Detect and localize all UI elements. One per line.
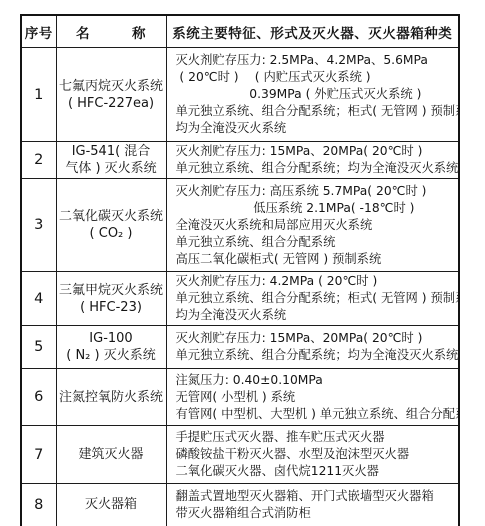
system-name-line: 建筑灭火器 [59,446,164,463]
system-detail-line: 高压二氧化碳柜式( 无管网 ) 预制系统 [176,251,457,268]
system-name-cell: 七氟丙烷灭火系统( HFC-227ea) [56,48,166,142]
system-name-line: IG-100 [59,330,164,347]
system-name-line: IG-541( 混合 [59,143,164,160]
system-name-cell: 二氧化碳灭火系统( CO₂ ) [56,179,166,272]
system-detail-line: 手提贮压式灭火器、推车贮压式灭火器 [176,429,457,446]
system-detail-line: 有管网( 中型机、大型机 ) 单元独立系统、组合分配系统 [176,406,457,423]
system-detail-line: 翻盖式置地型灭火器箱、开门式嵌墙型灭火器箱 [176,488,457,505]
table-body: 1七氟丙烷灭火系统( HFC-227ea)灭火剂贮存压力: 2.5MPa、4.2… [21,48,459,526]
system-detail-line: 无管网( 小型机 ) 系统 [176,389,457,406]
system-detail-cell: 灭火剂贮存压力: 2.5MPa、4.2MPa、5.6MPa ( 20℃时 ) (… [166,48,459,142]
header-system-features: 系统主要特征、形式及灭火器、灭火器箱种类 [166,15,459,48]
system-detail-line: 磷酸铵盐干粉灭火器、水型及泡沫型灭火器 [176,446,457,463]
row-serial-number: 4 [21,272,56,326]
system-name-cell: 建筑灭火器 [56,426,166,484]
system-name-cell: 三氟甲烷灭火系统( HFC-23) [56,272,166,326]
fire-system-legend-table: 序号 名 称 系统主要特征、形式及灭火器、灭火器箱种类 1七氟丙烷灭火系统( H… [20,14,460,526]
system-detail-line: 灭火剂贮存压力: 高压系统 5.7MPa( 20℃时 ) [176,183,457,200]
table-row: 4三氟甲烷灭火系统( HFC-23)灭火剂贮存压力: 4.2MPa ( 20℃时… [21,272,459,326]
system-detail-cell: 灭火剂贮存压力: 4.2MPa ( 20℃时 )单元独立系统、组合分配系统；柜式… [166,272,459,326]
system-detail-line: 灭火剂贮存压力: 2.5MPa、4.2MPa、5.6MPa [176,52,457,69]
header-name: 名 称 [56,15,166,48]
row-serial-number: 5 [21,326,56,369]
system-name-line: ( CO₂ ) [59,225,164,242]
system-detail-cell: 翻盖式置地型灭火器箱、开门式嵌墙型灭火器箱带灭火器箱组合式消防柜 [166,484,459,526]
system-detail-cell: 灭火剂贮存压力: 15MPa、20MPa( 20℃时 )单元独立系统、组合分配系… [166,142,459,179]
row-serial-number: 2 [21,142,56,179]
system-detail-line: 0.39MPa ( 外贮压式灭火系统 ) [176,86,457,103]
system-detail-line: 单元独立系统、组合分配系统 [176,234,457,251]
row-serial-number: 6 [21,369,56,426]
row-serial-number: 1 [21,48,56,142]
system-detail-line: 单元独立系统、组合分配系统；均为全淹没灭火系统 [176,160,457,177]
system-detail-line: 二氧化碳灭火器、卤代烷1211灭火器 [176,463,457,480]
system-detail-line: 单元独立系统、组合分配系统；柜式( 无管网 ) 预制系统 [176,290,457,307]
table-row: 2IG-541( 混合气体 ) 灭火系统灭火剂贮存压力: 15MPa、20MPa… [21,142,459,179]
system-detail-line: 低压系统 2.1MPa( -18℃时 ) [176,200,457,217]
system-name-line: ( HFC-227ea) [59,95,164,112]
system-name-cell: 灭火器箱 [56,484,166,526]
system-name-line: 气体 ) 灭火系统 [59,160,164,177]
row-serial-number: 8 [21,484,56,526]
system-name-line: 三氟甲烷灭火系统 [59,282,164,299]
row-serial-number: 7 [21,426,56,484]
system-name-line: 注氮控氧防火系统 [59,389,164,406]
system-detail-line: 单元独立系统、组合分配系统；柜式( 无管网 ) 预制系统 [176,103,457,120]
system-detail-line: 单元独立系统、组合分配系统；均为全淹没灭火系统 [176,347,457,364]
system-detail-line: 灭火剂贮存压力: 15MPa、20MPa( 20℃时 ) [176,143,457,160]
system-name-cell: 注氮控氧防火系统 [56,369,166,426]
system-detail-line: 全淹没灭火系统和局部应用灭火系统 [176,217,457,234]
table-row: 6注氮控氧防火系统注氮压力: 0.40±0.10MPa无管网( 小型机 ) 系统… [21,369,459,426]
system-detail-line: ( 20℃时 ) ( 内贮压式灭火系统 ) [176,69,457,86]
table-row: 1七氟丙烷灭火系统( HFC-227ea)灭火剂贮存压力: 2.5MPa、4.2… [21,48,459,142]
system-detail-cell: 灭火剂贮存压力: 高压系统 5.7MPa( 20℃时 ) 低压系统 2.1MPa… [166,179,459,272]
system-name-line: 七氟丙烷灭火系统 [59,78,164,95]
system-detail-line: 带灭火器箱组合式消防柜 [176,505,457,522]
system-name-line: 灭火器箱 [59,496,164,513]
system-detail-cell: 注氮压力: 0.40±0.10MPa无管网( 小型机 ) 系统有管网( 中型机、… [166,369,459,426]
table-row: 5IG-100( N₂ ) 灭火系统灭火剂贮存压力: 15MPa、20MPa( … [21,326,459,369]
system-name-cell: IG-541( 混合气体 ) 灭火系统 [56,142,166,179]
system-detail-line: 均为全淹没灭火系统 [176,120,457,137]
system-detail-cell: 灭火剂贮存压力: 15MPa、20MPa( 20℃时 )单元独立系统、组合分配系… [166,326,459,369]
system-detail-line: 灭火剂贮存压力: 4.2MPa ( 20℃时 ) [176,273,457,290]
system-name-line: 二氧化碳灭火系统 [59,208,164,225]
row-serial-number: 3 [21,179,56,272]
system-name-line: ( N₂ ) 灭火系统 [59,347,164,364]
system-name-cell: IG-100( N₂ ) 灭火系统 [56,326,166,369]
table-row: 8灭火器箱翻盖式置地型灭火器箱、开门式嵌墙型灭火器箱带灭火器箱组合式消防柜 [21,484,459,526]
system-name-line: ( HFC-23) [59,299,164,316]
header-row: 序号 名 称 系统主要特征、形式及灭火器、灭火器箱种类 [21,15,459,48]
system-detail-line: 灭火剂贮存压力: 15MPa、20MPa( 20℃时 ) [176,330,457,347]
system-detail-line: 均为全淹没灭火系统 [176,307,457,324]
table-row: 3二氧化碳灭火系统( CO₂ )灭火剂贮存压力: 高压系统 5.7MPa( 20… [21,179,459,272]
scanned-legend-page: 序号 名 称 系统主要特征、形式及灭火器、灭火器箱种类 1七氟丙烷灭火系统( H… [0,0,485,526]
system-detail-line: 注氮压力: 0.40±0.10MPa [176,372,457,389]
table-row: 7建筑灭火器手提贮压式灭火器、推车贮压式灭火器磷酸铵盐干粉灭火器、水型及泡沫型灭… [21,426,459,484]
system-detail-cell: 手提贮压式灭火器、推车贮压式灭火器磷酸铵盐干粉灭火器、水型及泡沫型灭火器二氧化碳… [166,426,459,484]
header-serial-number: 序号 [21,15,56,48]
